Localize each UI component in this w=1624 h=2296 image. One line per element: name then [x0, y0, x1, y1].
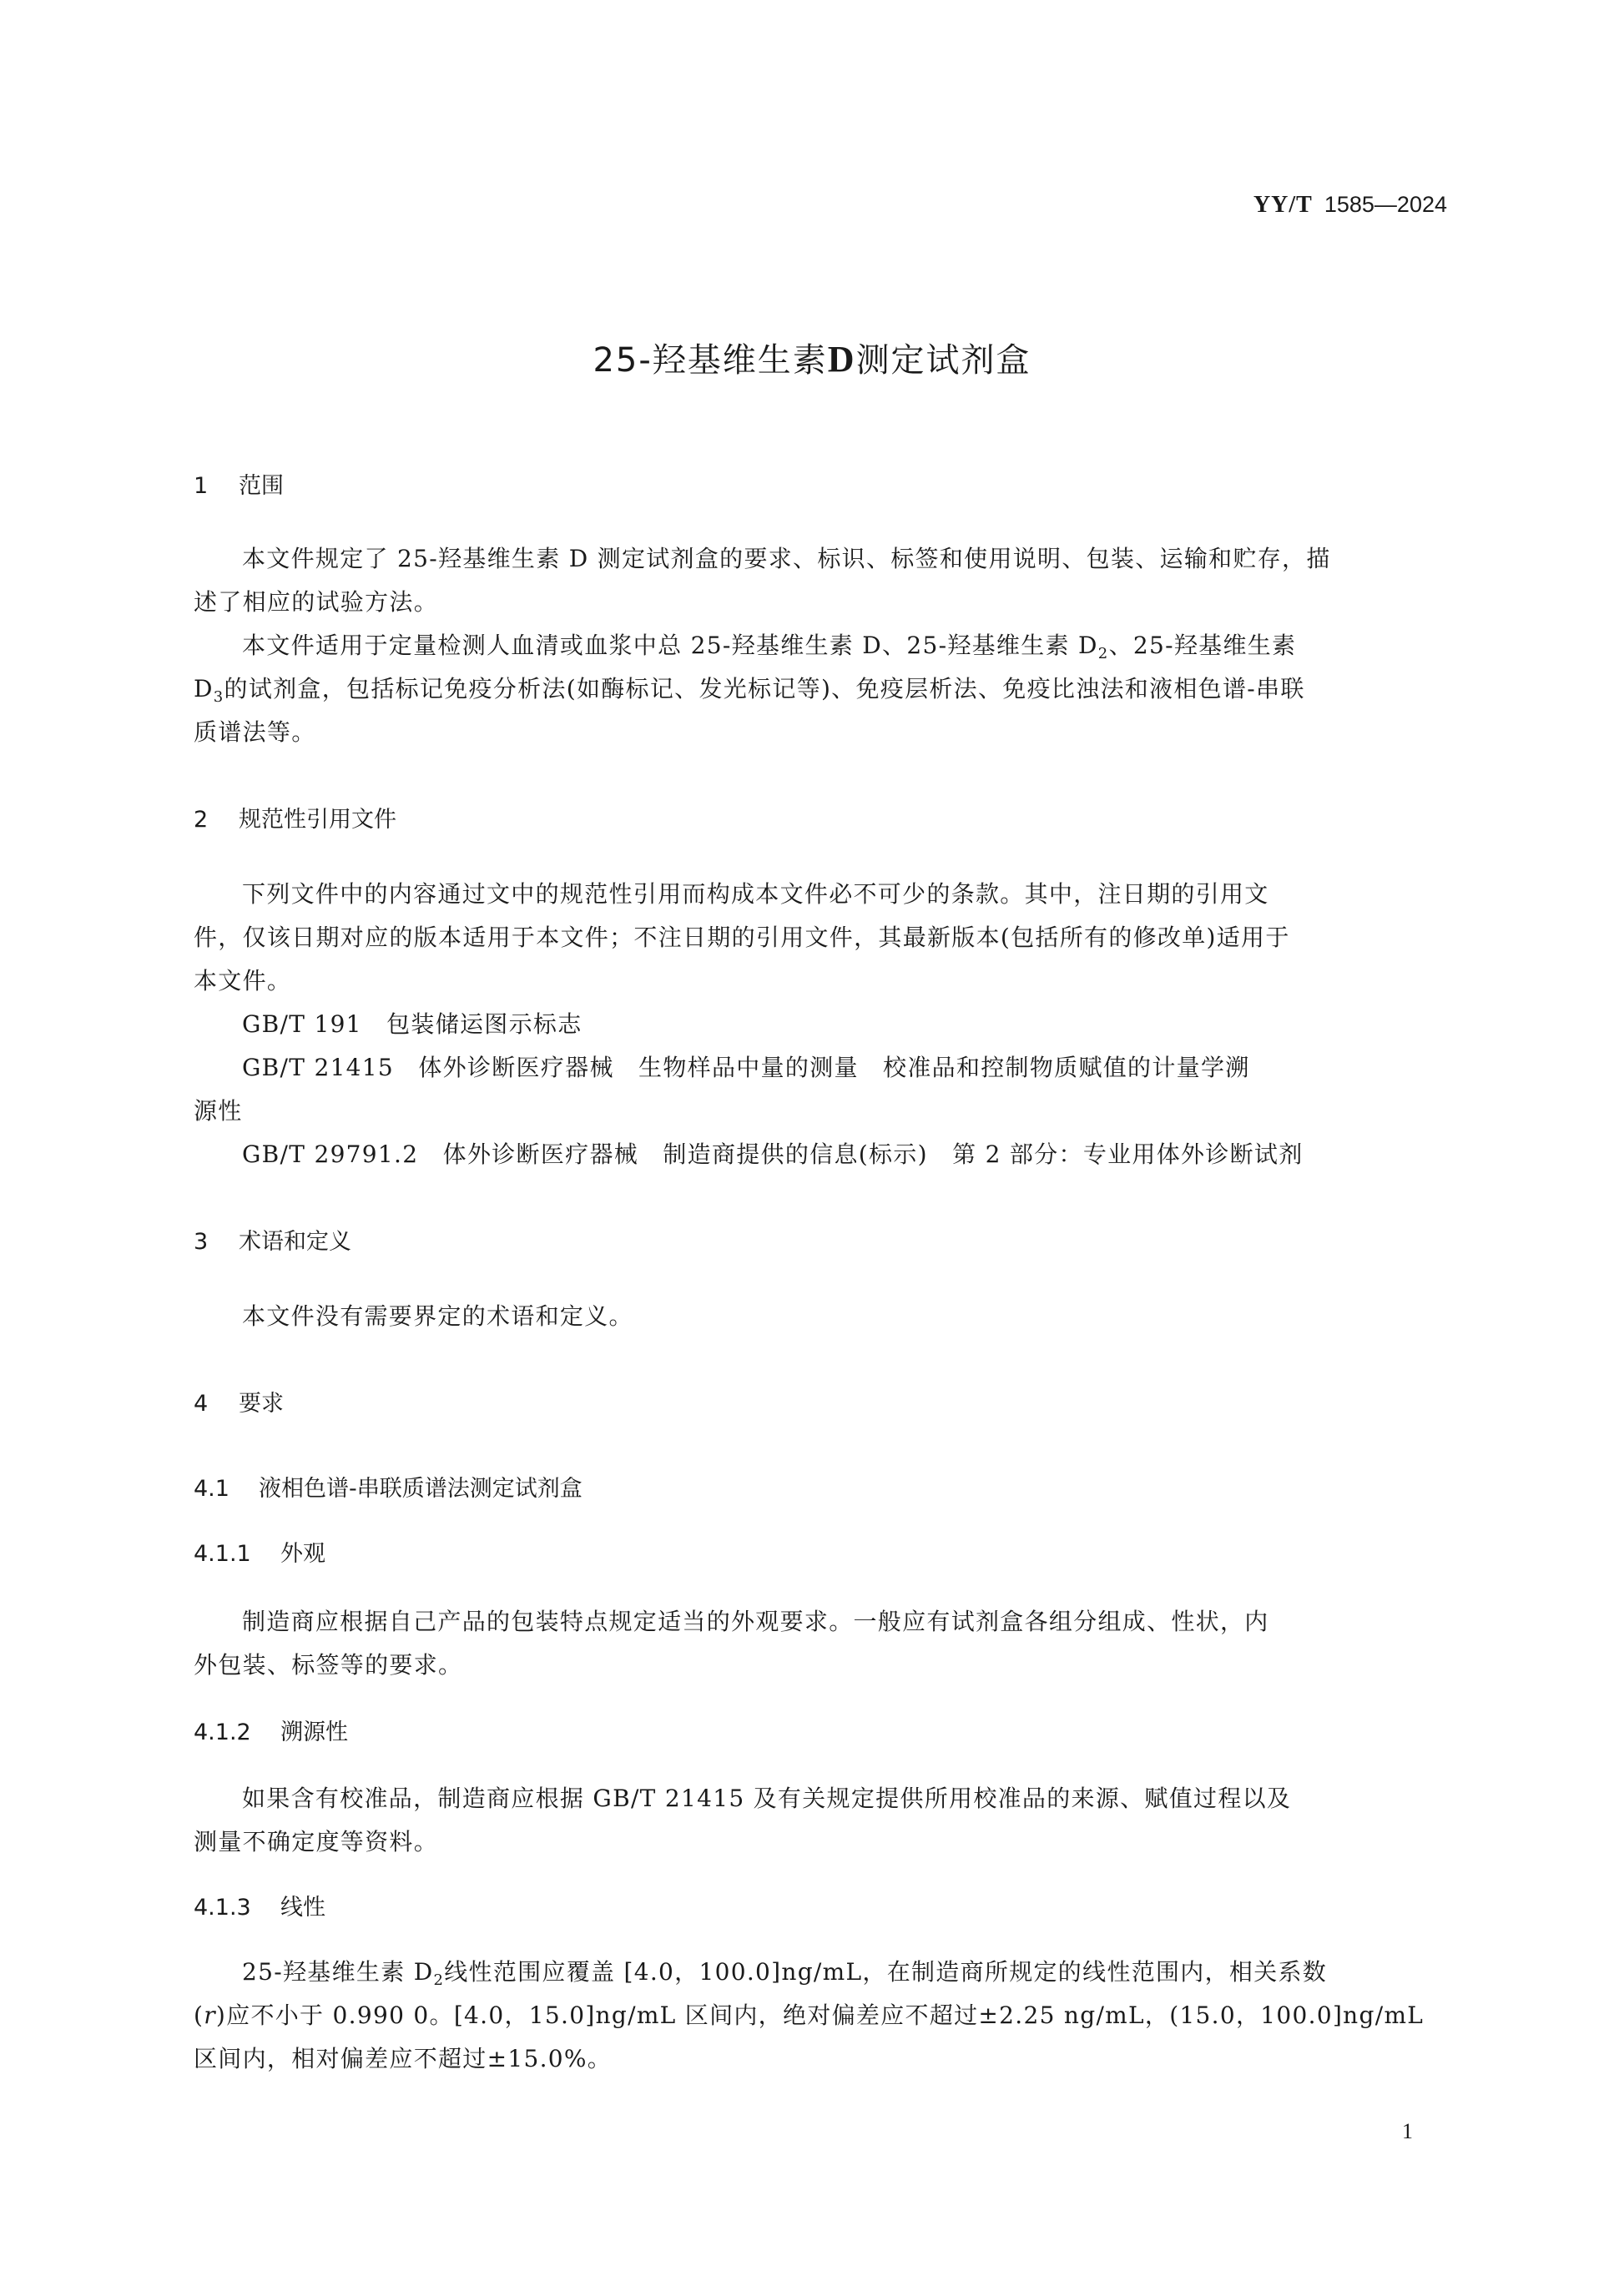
- reference-code: GB/T 29791.2: [242, 1140, 418, 1168]
- section-number: 4.1.2: [194, 1719, 280, 1745]
- reference-title: 包装储运图示标志: [386, 1010, 582, 1038]
- appearance-line1: 制造商应根据自己产品的包装特点规定适当的外观要求。一般应有试剂盒各组分组成、性状…: [242, 1604, 1494, 1637]
- variable-r: r: [204, 2001, 216, 2029]
- reference-item: GB/T 29791.2 体外诊断医疗器械 制造商提供的信息(标示) 第 2 部…: [242, 1136, 1494, 1170]
- section-2-heading: 2规范性引用文件: [194, 801, 396, 833]
- reference-continuation: 源性: [194, 1093, 1445, 1126]
- section-4-heading: 4要求: [194, 1385, 284, 1417]
- section-title: 规范性引用文件: [239, 807, 396, 833]
- terms-para: 本文件没有需要界定的术语和定义。: [242, 1298, 1494, 1332]
- reference-code: GB/T 21415: [242, 1054, 394, 1081]
- appearance-line2: 外包装、标签等的要求。: [194, 1647, 1445, 1680]
- scope-para1-line2: 述了相应的试验方法。: [194, 584, 1445, 617]
- section-title: 液相色谱-串联质谱法测定试剂盒: [259, 1476, 583, 1502]
- section-title: 线性: [280, 1895, 325, 1921]
- title-suffix: 测定试剂盒: [856, 341, 1031, 380]
- section-number: 4.1.3: [194, 1895, 280, 1921]
- section-number: 3: [194, 1229, 239, 1255]
- reference-title: 体外诊断医疗器械 生物样品中量的测量 校准品和控制物质赋值的计量学溯: [418, 1054, 1249, 1081]
- section-number: 4: [194, 1391, 239, 1417]
- traceability-line2: 测量不确定度等资料。: [194, 1824, 1445, 1857]
- title-letter: D: [828, 339, 856, 380]
- section-number: 4.1: [194, 1476, 259, 1502]
- section-number: 2: [194, 807, 239, 833]
- section-number: 4.1.1: [194, 1541, 280, 1567]
- subscript: 3: [214, 688, 224, 706]
- subscript: 2: [433, 1971, 444, 1989]
- reference-title: 体外诊断医疗器械 制造商提供的信息(标示) 第 2 部分：专业用体外诊断试剂: [443, 1140, 1304, 1168]
- text-run: 25-羟基维生素 D: [242, 1958, 433, 1986]
- section-4-1-3-heading: 4.1.3线性: [194, 1889, 325, 1921]
- section-4-1-2-heading: 4.1.2溯源性: [194, 1714, 348, 1746]
- standard-code: YY/T1585—2024: [1253, 192, 1447, 219]
- section-title: 范围: [239, 473, 284, 499]
- section-title: 外观: [280, 1541, 325, 1567]
- standard-number: 1585—2024: [1324, 192, 1447, 217]
- section-3-heading: 3术语和定义: [194, 1223, 351, 1256]
- document-title: 25-羟基维生素D测定试剂盒: [0, 334, 1624, 381]
- scope-para1-line1: 本文件规定了 25-羟基维生素 D 测定试剂盒的要求、标识、标签和使用说明、包装…: [242, 541, 1494, 574]
- text-run: 、25-羟基维生素: [1109, 632, 1297, 659]
- traceability-line1: 如果含有校准品，制造商应根据 GB/T 21415 及有关规定提供所用校准品的来…: [242, 1780, 1494, 1814]
- scope-para2-line2: D3的试剂盒，包括标记免疫分析法(如酶标记、发光标记等)、免疫层析法、免疫比浊法…: [194, 671, 1445, 706]
- section-4-1-heading: 4.1液相色谱-串联质谱法测定试剂盒: [194, 1470, 583, 1503]
- section-title: 术语和定义: [239, 1229, 351, 1255]
- reference-code: GB/T 191: [242, 1010, 362, 1038]
- title-prefix: 25-羟基维生素: [593, 341, 827, 380]
- subscript: 2: [1098, 645, 1109, 662]
- text-run: 本文件适用于定量检测人血清或血浆中总 25-羟基维生素 D、25-羟基维生素 D: [242, 632, 1098, 659]
- text-run: )应不小于 0.990 0。[4.0，15.0]ng/mL 区间内，绝对偏差应不…: [216, 2001, 1424, 2029]
- linearity-line2: (r)应不小于 0.990 0。[4.0，15.0]ng/mL 区间内，绝对偏差…: [194, 1997, 1445, 2031]
- refs-intro-line1: 下列文件中的内容通过文中的规范性引用而构成本文件必不可少的条款。其中，注日期的引…: [242, 876, 1494, 909]
- text-run: (: [194, 2001, 204, 2029]
- page-number: 1: [1402, 2119, 1413, 2144]
- refs-intro-line2: 件，仅该日期对应的版本适用于本文件；不注日期的引用文件，其最新版本(包括所有的修…: [194, 919, 1445, 953]
- text-run: D: [194, 675, 214, 702]
- text-run: 的试剂盒，包括标记免疫分析法(如酶标记、发光标记等)、免疫层析法、免疫比浊法和液…: [224, 675, 1305, 702]
- linearity-line3: 区间内，相对偏差应不超过±15.0%。: [194, 2041, 1445, 2074]
- section-1-heading: 1范围: [194, 467, 284, 500]
- section-number: 1: [194, 473, 239, 499]
- standard-prefix: YY/T: [1253, 192, 1313, 218]
- scope-para2-line3: 质谱法等。: [194, 714, 1445, 748]
- section-4-1-1-heading: 4.1.1外观: [194, 1535, 325, 1568]
- scope-para2-line1: 本文件适用于定量检测人血清或血浆中总 25-羟基维生素 D、25-羟基维生素 D…: [242, 627, 1494, 662]
- reference-item: GB/T 191 包装储运图示标志: [242, 1006, 1494, 1040]
- document-page: YY/T1585—2024 25-羟基维生素D测定试剂盒 1范围 本文件规定了 …: [0, 0, 1624, 2296]
- linearity-line1: 25-羟基维生素 D2线性范围应覆盖 [4.0，100.0]ng/mL，在制造商…: [242, 1954, 1494, 1989]
- text-run: 线性范围应覆盖 [4.0，100.0]ng/mL，在制造商所规定的线性范围内，相…: [444, 1958, 1327, 1986]
- reference-item: GB/T 21415 体外诊断医疗器械 生物样品中量的测量 校准品和控制物质赋值…: [242, 1050, 1494, 1083]
- refs-intro-line3: 本文件。: [194, 963, 1445, 996]
- section-title: 溯源性: [280, 1719, 348, 1745]
- section-title: 要求: [239, 1391, 284, 1417]
